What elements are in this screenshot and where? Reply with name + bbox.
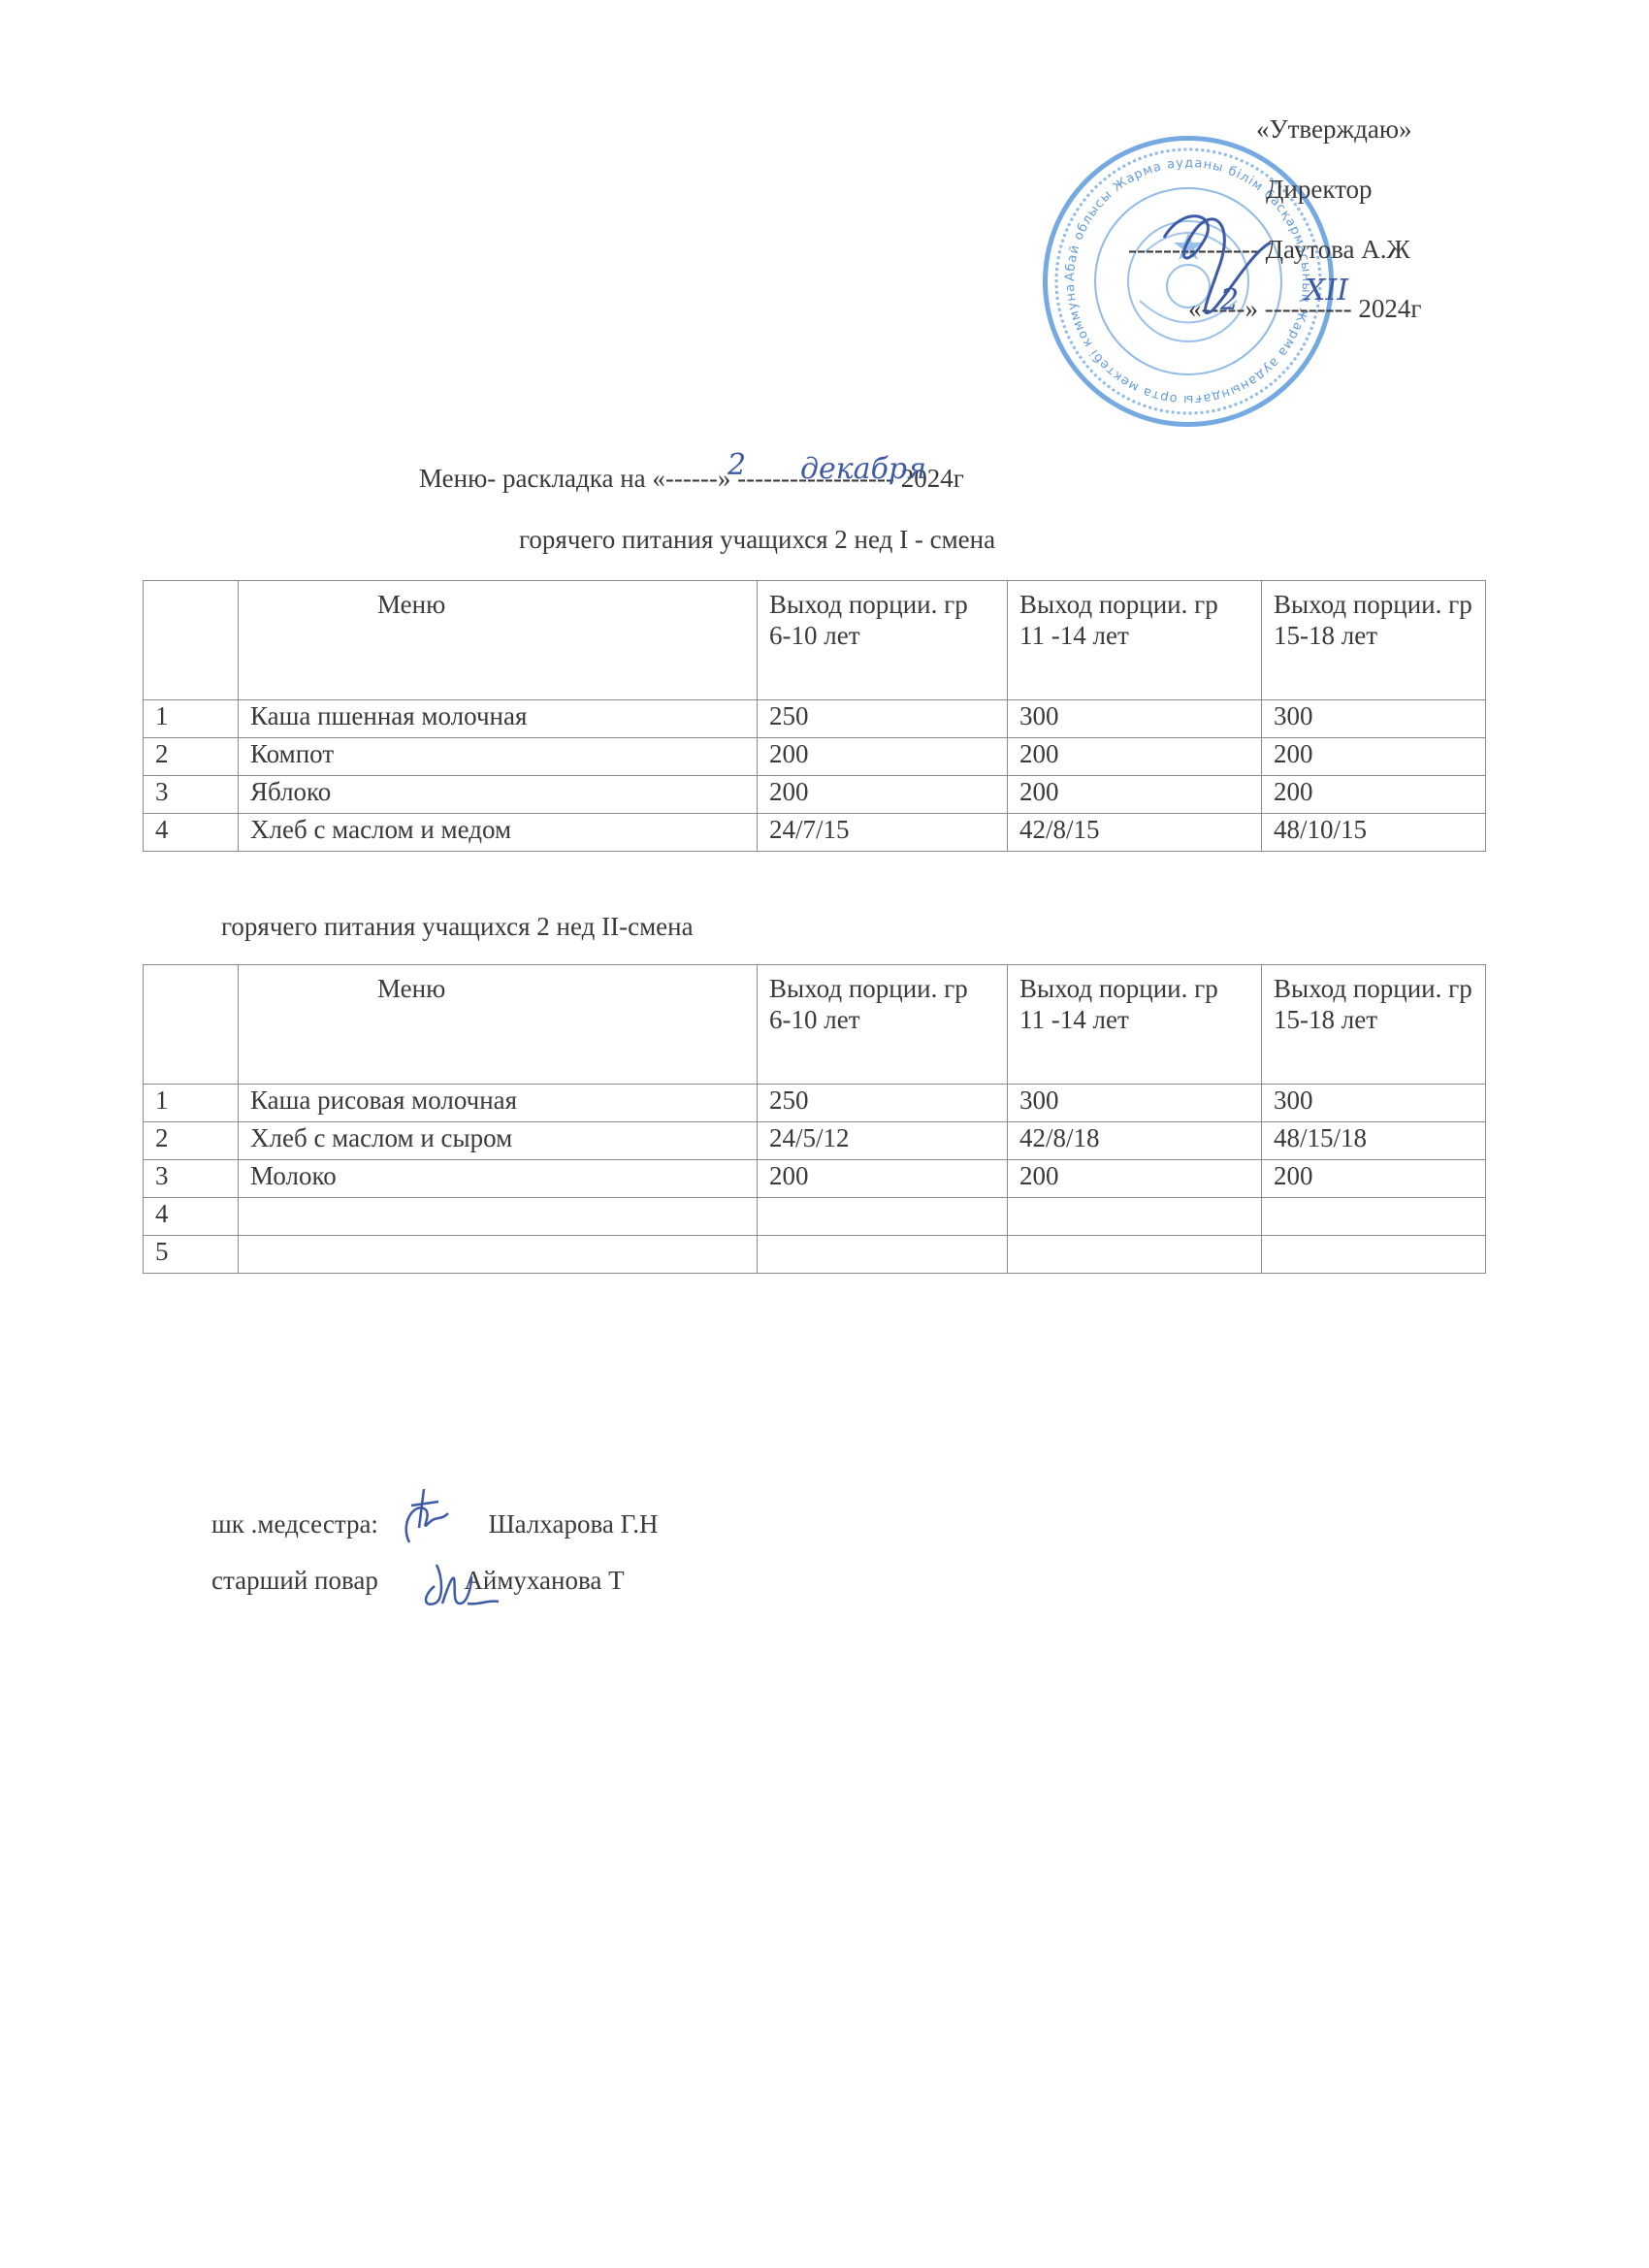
table-row: 4 xyxy=(144,1198,1486,1236)
handwritten-title-month: декабря xyxy=(800,452,926,486)
row-number: 4 xyxy=(144,814,239,852)
row-number: 2 xyxy=(144,738,239,776)
row-number: 1 xyxy=(144,1085,239,1122)
portion-11-14: 42/8/15 xyxy=(1008,814,1262,852)
col-15-18-header: Выход порции. гр 15-18 лет xyxy=(1262,581,1486,700)
approval-role: Директор xyxy=(1266,177,1373,203)
dish-name: Яблоко xyxy=(239,776,758,814)
dish-name: Хлеб с маслом и сыром xyxy=(239,1122,758,1160)
approval-label: «Утверждаю» xyxy=(1256,116,1412,143)
col-menu-header: Меню xyxy=(239,581,758,700)
portion-11-14: 42/8/18 xyxy=(1008,1122,1262,1160)
table-row: 5 xyxy=(144,1236,1486,1274)
table-header-row: Меню Выход порции. гр 6-10 лет Выход пор… xyxy=(144,965,1486,1085)
col-11-14-header: Выход порции. гр 11 -14 лет xyxy=(1008,965,1262,1085)
nurse-signature-icon xyxy=(380,1484,458,1552)
dish-name xyxy=(239,1236,758,1274)
dish-name: Компот xyxy=(239,738,758,776)
portion-15-18 xyxy=(1262,1236,1486,1274)
portion-11-14: 300 xyxy=(1008,1085,1262,1122)
dish-name: Хлеб с маслом и медом xyxy=(239,814,758,852)
nurse-name: Шалхарова Г.Н xyxy=(488,1509,658,1539)
portion-15-18: 48/10/15 xyxy=(1262,814,1486,852)
portion-15-18: 200 xyxy=(1262,738,1486,776)
shift2-subtitle: горячего питания учащихся 2 нед II-смена xyxy=(221,914,694,940)
col-6-10-header: Выход порции. гр 6-10 лет xyxy=(758,581,1008,700)
table-row: 2 Компот 200 200 200 xyxy=(144,738,1486,776)
portion-6-10: 200 xyxy=(758,738,1008,776)
table-row: 1 Каша пшенная молочная 250 300 300 xyxy=(144,700,1486,738)
portion-6-10: 250 xyxy=(758,1085,1008,1122)
row-number: 4 xyxy=(144,1198,239,1236)
row-number: 3 xyxy=(144,776,239,814)
cook-label: старший повар xyxy=(211,1566,378,1595)
portion-11-14: 200 xyxy=(1008,738,1262,776)
table-row: 1 Каша рисовая молочная 250 300 300 xyxy=(144,1085,1486,1122)
dish-name: Каша рисовая молочная xyxy=(239,1085,758,1122)
row-number: 5 xyxy=(144,1236,239,1274)
portion-6-10: 24/7/15 xyxy=(758,814,1008,852)
col-menu-header: Меню xyxy=(239,965,758,1085)
nurse-label: шк .медсестра: xyxy=(211,1509,378,1539)
col-number-header xyxy=(144,581,239,700)
handwritten-approval-month: XII xyxy=(1305,274,1348,308)
table-row: 2 Хлеб с маслом и сыром 24/5/12 42/8/18 … xyxy=(144,1122,1486,1160)
portion-6-10 xyxy=(758,1236,1008,1274)
portion-15-18: 200 xyxy=(1262,776,1486,814)
portion-11-14 xyxy=(1008,1236,1262,1274)
director-signature-icon xyxy=(1145,194,1280,330)
portion-11-14 xyxy=(1008,1198,1262,1236)
portion-6-10: 250 xyxy=(758,700,1008,738)
table-row: 3 Яблоко 200 200 200 xyxy=(144,776,1486,814)
row-number: 3 xyxy=(144,1160,239,1198)
portion-11-14: 300 xyxy=(1008,700,1262,738)
col-number-header xyxy=(144,965,239,1085)
table-header-row: Меню Выход порции. гр 6-10 лет Выход пор… xyxy=(144,581,1486,700)
col-6-10-header: Выход порции. гр 6-10 лет xyxy=(758,965,1008,1085)
dish-name xyxy=(239,1198,758,1236)
portion-11-14: 200 xyxy=(1008,1160,1262,1198)
shift1-menu-table: Меню Выход порции. гр 6-10 лет Выход пор… xyxy=(143,580,1486,852)
shift2-menu-table: Меню Выход порции. гр 6-10 лет Выход пор… xyxy=(143,964,1486,1274)
col-11-14-header: Выход порции. гр 11 -14 лет xyxy=(1008,581,1262,700)
row-number: 1 xyxy=(144,700,239,738)
dish-name: Каша пшенная молочная xyxy=(239,700,758,738)
portion-6-10: 200 xyxy=(758,1160,1008,1198)
portion-15-18: 300 xyxy=(1262,700,1486,738)
portion-6-10: 200 xyxy=(758,776,1008,814)
cook-signature-icon xyxy=(413,1557,501,1610)
portion-6-10 xyxy=(758,1198,1008,1236)
table-row: 3 Молоко 200 200 200 xyxy=(144,1160,1486,1198)
dish-name: Молоко xyxy=(239,1160,758,1198)
portion-15-18: 200 xyxy=(1262,1160,1486,1198)
portion-15-18 xyxy=(1262,1198,1486,1236)
portion-11-14: 200 xyxy=(1008,776,1262,814)
portion-6-10: 24/5/12 xyxy=(758,1122,1008,1160)
row-number: 2 xyxy=(144,1122,239,1160)
col-15-18-header: Выход порции. гр 15-18 лет xyxy=(1262,965,1486,1085)
table-row: 4 Хлеб с маслом и медом 24/7/15 42/8/15 … xyxy=(144,814,1486,852)
portion-15-18: 300 xyxy=(1262,1085,1486,1122)
handwritten-title-day: 2 xyxy=(727,448,746,482)
shift1-subtitle: горячего питания учащихся 2 нед I - смен… xyxy=(519,527,995,553)
portion-15-18: 48/15/18 xyxy=(1262,1122,1486,1160)
